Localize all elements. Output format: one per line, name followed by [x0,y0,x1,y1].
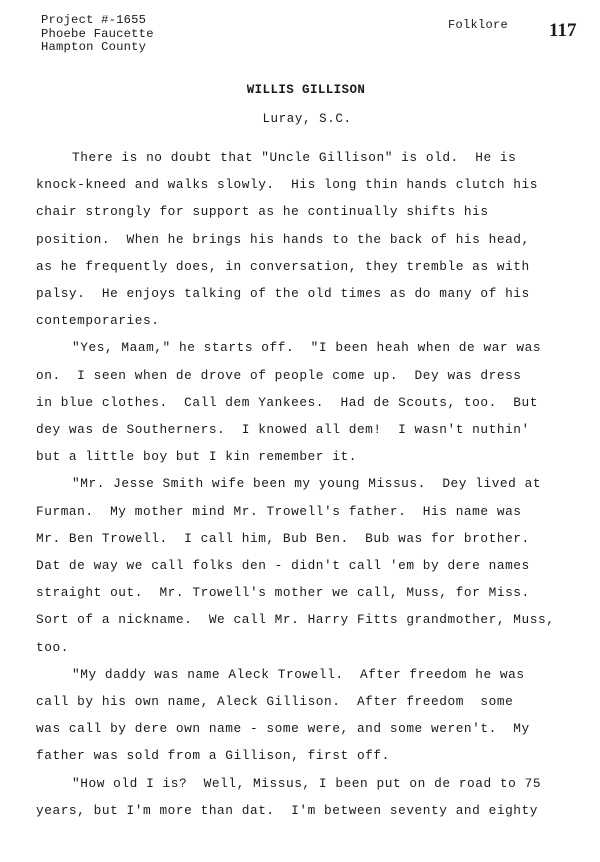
page-number: 117 [549,20,576,42]
text-line: call by his own name, Aleck Gillison. Af… [36,694,513,721]
text-line: but a little boy but I kin remember it. [36,449,357,476]
text-line: dey was de Southerners. I knowed all dem… [36,422,530,449]
text-line: "How old I is? Well, Missus, I been put … [72,776,541,803]
category-label: Folklore [448,18,508,32]
text-line: palsy. He enjoys talking of the old time… [36,286,530,313]
text-line: Mr. Ben Trowell. I call him, Bub Ben. Bu… [36,531,530,558]
text-line: knock-kneed and walks slowly. His long t… [36,177,538,204]
text-line: "Yes, Maam," he starts off. "I been heah… [72,340,541,367]
text-line: years, but I'm more than dat. I'm betwee… [36,803,538,830]
text-line: contemporaries. [36,313,159,340]
text-line: Dat de way we call folks den - didn't ca… [36,558,530,585]
typewritten-page: Project #-1655 Phoebe Faucette Hampton C… [0,0,600,862]
county-name: Hampton County [41,41,154,55]
text-line: as he frequently does, in conversation, … [36,259,530,286]
text-line: position. When he brings his hands to th… [36,232,530,259]
text-line: father was sold from a Gillison, first o… [36,748,390,775]
text-line: straight out. Mr. Trowell's mother we ca… [36,585,530,612]
text-line: chair strongly for support as he continu… [36,204,489,231]
text-line: Sort of a nickname. We call Mr. Harry Fi… [36,612,554,639]
text-line: Furman. My mother mind Mr. Trowell's fat… [36,504,522,531]
author-name: Phoebe Faucette [41,28,154,42]
text-line: too. [36,640,69,667]
text-line: "Mr. Jesse Smith wife been my young Miss… [72,476,541,503]
document-place: Luray, S.C. [0,112,600,126]
text-line: There is no doubt that "Uncle Gillison" … [72,150,516,177]
project-number: Project #-1655 [41,14,154,28]
header-block: Project #-1655 Phoebe Faucette Hampton C… [41,14,154,55]
document-title: WILLIS GILLISON [0,83,600,97]
text-line: "My daddy was name Aleck Trowell. After … [72,667,525,694]
text-line: on. I seen when de drove of people come … [36,368,522,395]
text-line: was call by dere own name - some were, a… [36,721,530,748]
text-line: in blue clothes. Call dem Yankees. Had d… [36,395,538,422]
